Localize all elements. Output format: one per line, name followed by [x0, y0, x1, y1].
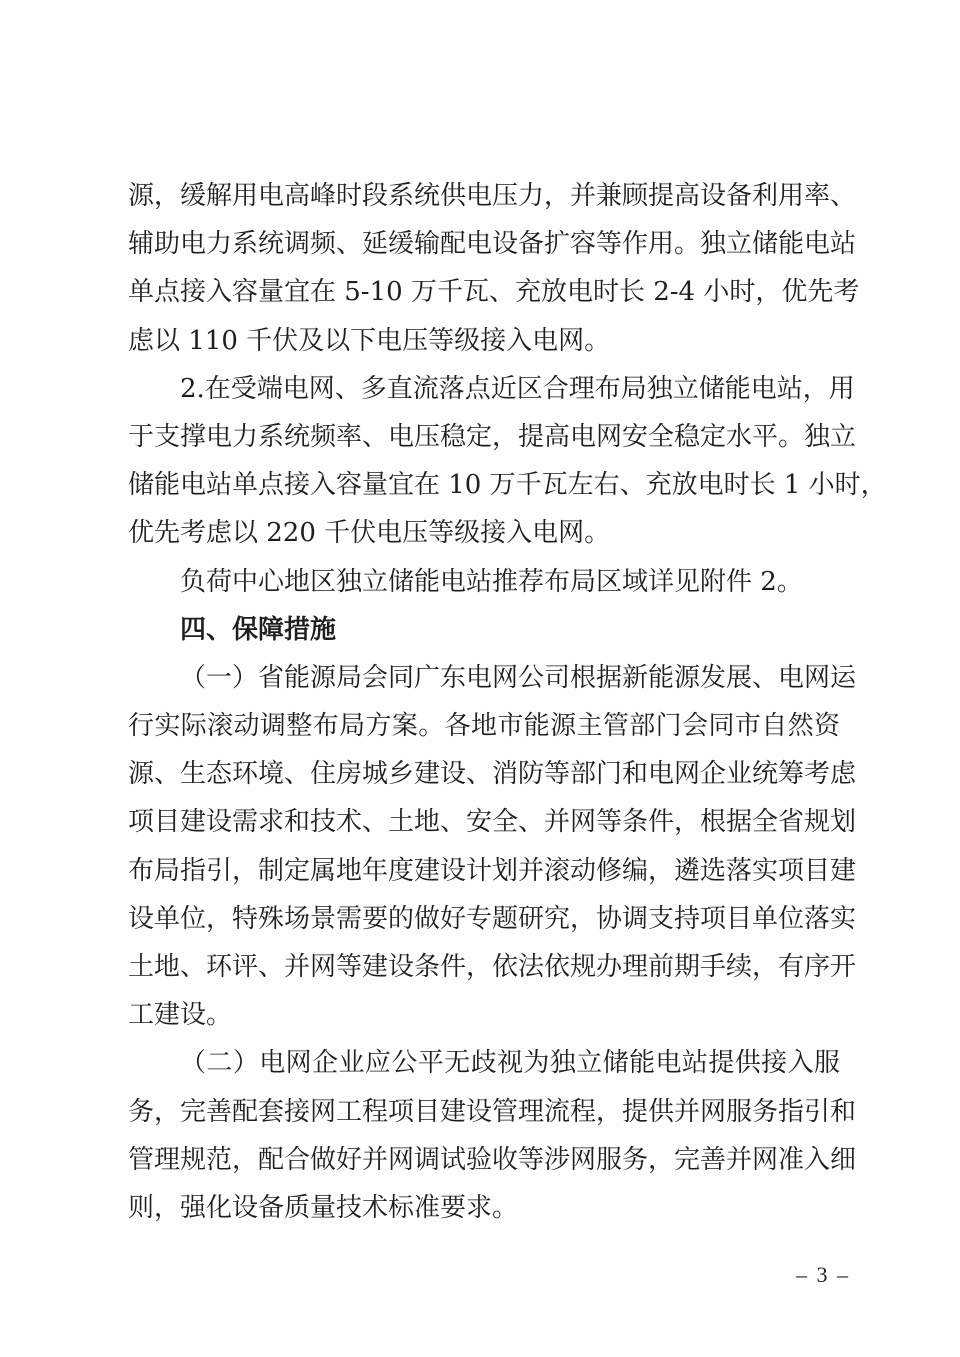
page-number: – 3 – [796, 1262, 850, 1288]
text-line: 工建设。 [128, 991, 840, 1039]
text-line: 务，完善配套接网工程项目建设管理流程，提供并网服务指引和 [128, 1088, 840, 1136]
text-line: 源、生态环境、住房城乡建设、消防等部门和电网企业统筹考虑 [128, 750, 840, 798]
text-line: 行实际滚动调整布局方案。各地市能源主管部门会同市自然资 [128, 702, 840, 750]
paragraph-measure-1: （一）省能源局会同广东电网公司根据新能源发展、电网运 行实际滚动调整布局方案。各… [128, 654, 840, 1040]
text-line: 储能电站单点接入容量宜在 10 万千瓦左右、充放电时长 1 小时， [128, 461, 840, 509]
text-line: 管理规范，配合做好并网调试验收等涉网服务，完善并网准入细 [128, 1136, 840, 1184]
body-text: 源，缓解用电高峰时段系统供电压力，并兼顾提高设备利用率、 辅助电力系统调频、延缓… [128, 172, 840, 1232]
text-line: 则，强化设备质量技术标准要求。 [128, 1184, 840, 1232]
text-line: 源，缓解用电高峰时段系统供电压力，并兼顾提高设备利用率、 [128, 172, 840, 220]
paragraph-measure-2: （二）电网企业应公平无歧视为独立储能电站提供接入服 务，完善配套接网工程项目建设… [128, 1039, 840, 1232]
text-line: 布局指引，制定属地年度建设计划并滚动修编，遴选落实项目建 [128, 847, 840, 895]
paragraph-item-2: 2.在受端电网、多直流落点近区合理布局独立储能电站，用 于支撑电力系统频率、电压… [128, 365, 840, 558]
text-line: 负荷中心地区独立储能电站推荐布局区域详见附件 2。 [128, 558, 840, 606]
text-line: 优先考虑以 220 千伏电压等级接入电网。 [128, 509, 840, 557]
text-line: 辅助电力系统调频、延缓输配电设备扩容等作用。独立储能电站 [128, 220, 840, 268]
text-line: 设单位，特殊场景需要的做好专题研究，协调支持项目单位落实 [128, 895, 840, 943]
text-line: 2.在受端电网、多直流落点近区合理布局独立储能电站，用 [128, 365, 840, 413]
text-line: 土地、环评、并网等建设条件，依法依规办理前期手续，有序开 [128, 943, 840, 991]
text-line: （一）省能源局会同广东电网公司根据新能源发展、电网运 [128, 654, 840, 702]
text-line: 于支撑电力系统频率、电压稳定，提高电网安全稳定水平。独立 [128, 413, 840, 461]
document-page: 源，缓解用电高峰时段系统供电压力，并兼顾提高设备利用率、 辅助电力系统调频、延缓… [0, 0, 960, 1357]
text-line: 虑以 110 千伏及以下电压等级接入电网。 [128, 317, 840, 365]
paragraph-attachment-note: 负荷中心地区独立储能电站推荐布局区域详见附件 2。 [128, 558, 840, 606]
section-heading: 四、保障措施 [128, 606, 840, 654]
heading-text: 四、保障措施 [128, 606, 840, 654]
text-line: （二）电网企业应公平无歧视为独立储能电站提供接入服 [128, 1039, 840, 1087]
text-line: 项目建设需求和技术、土地、安全、并网等条件，根据全省规划 [128, 798, 840, 846]
text-line: 单点接入容量宜在 5-10 万千瓦、充放电时长 2-4 小时，优先考 [128, 268, 840, 316]
paragraph-continuation: 源，缓解用电高峰时段系统供电压力，并兼顾提高设备利用率、 辅助电力系统调频、延缓… [128, 172, 840, 365]
